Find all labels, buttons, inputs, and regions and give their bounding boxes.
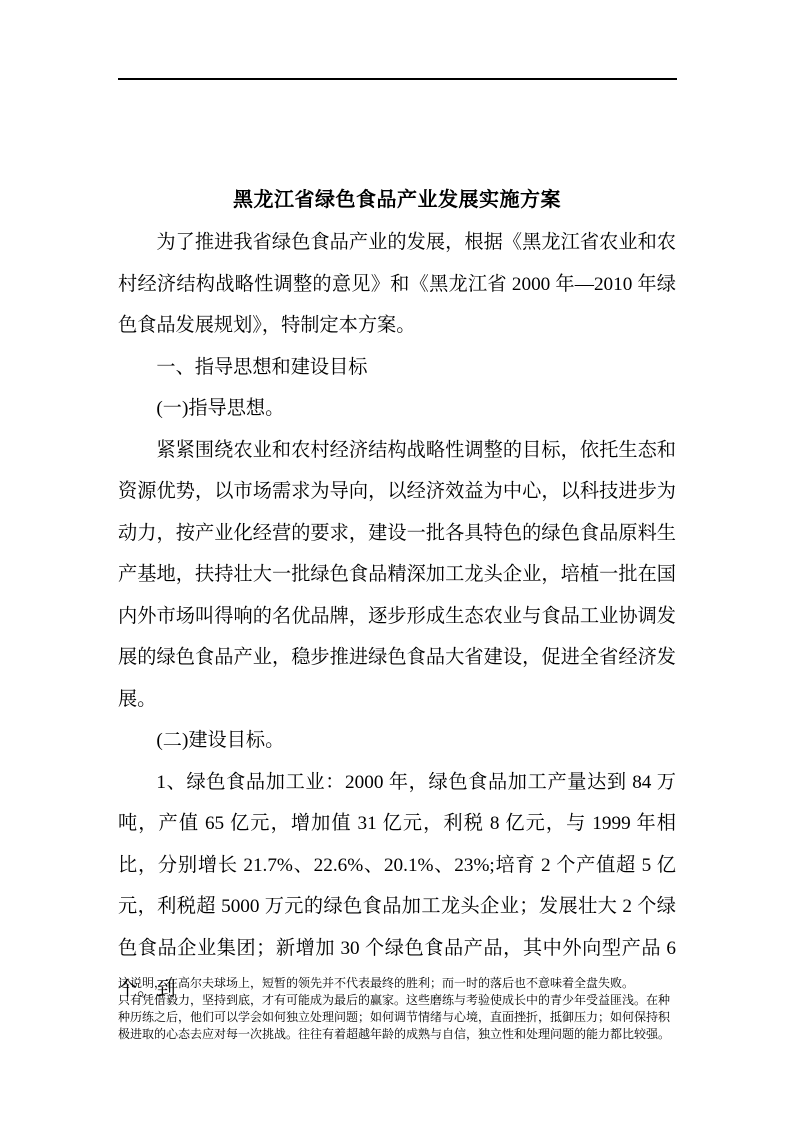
footer-line: 只有凭借毅力，坚持到底，才有可能成为最后的赢家。这些磨练与考验使成长中的青少年受… [118,992,678,1009]
footer-line: 这说明，在高尔夫球场上，短暂的领先并不代表最终的胜利；而一时的落后也不意味着全盘… [118,975,678,992]
paragraph: (一)指导思想。 [118,388,676,430]
header-rule [118,78,677,80]
footer-line: 种历练之后，他们可以学会如何独立处理问题；如何调节情绪与心境，直面挫折，抵御压力… [118,1009,678,1026]
paragraph: 1、绿色食品加工业：2000 年，绿色食品加工产量达到 84 万吨，产值 65 … [118,762,676,1011]
footer-line: 极进取的心态去应对每一次挑战。往往有着超越年龄的成熟与自信，独立性和处理问题的能… [118,1026,678,1043]
paragraph: 紧紧围绕农业和农村经济结构战略性调整的目标，依托生态和资源优势，以市场需求为导向… [118,430,676,721]
paragraph: (二)建设目标。 [118,720,676,762]
document-page: 黑龙江省绿色食品产业发展实施方案 为了推进我省绿色食品产业的发展，根据《黑龙江省… [0,0,794,1123]
paragraph: 为了推进我省绿色食品产业的发展，根据《黑龙江省农业和农村经济结构战略性调整的意见… [118,222,676,347]
paragraph: 一、指导思想和建设目标 [118,347,676,389]
footer-note: 这说明，在高尔夫球场上，短暂的领先并不代表最终的胜利；而一时的落后也不意味着全盘… [118,975,678,1043]
document-title: 黑龙江省绿色食品产业发展实施方案 [0,183,794,212]
document-body: 为了推进我省绿色食品产业的发展，根据《黑龙江省农业和农村经济结构战略性调整的意见… [118,222,676,1011]
